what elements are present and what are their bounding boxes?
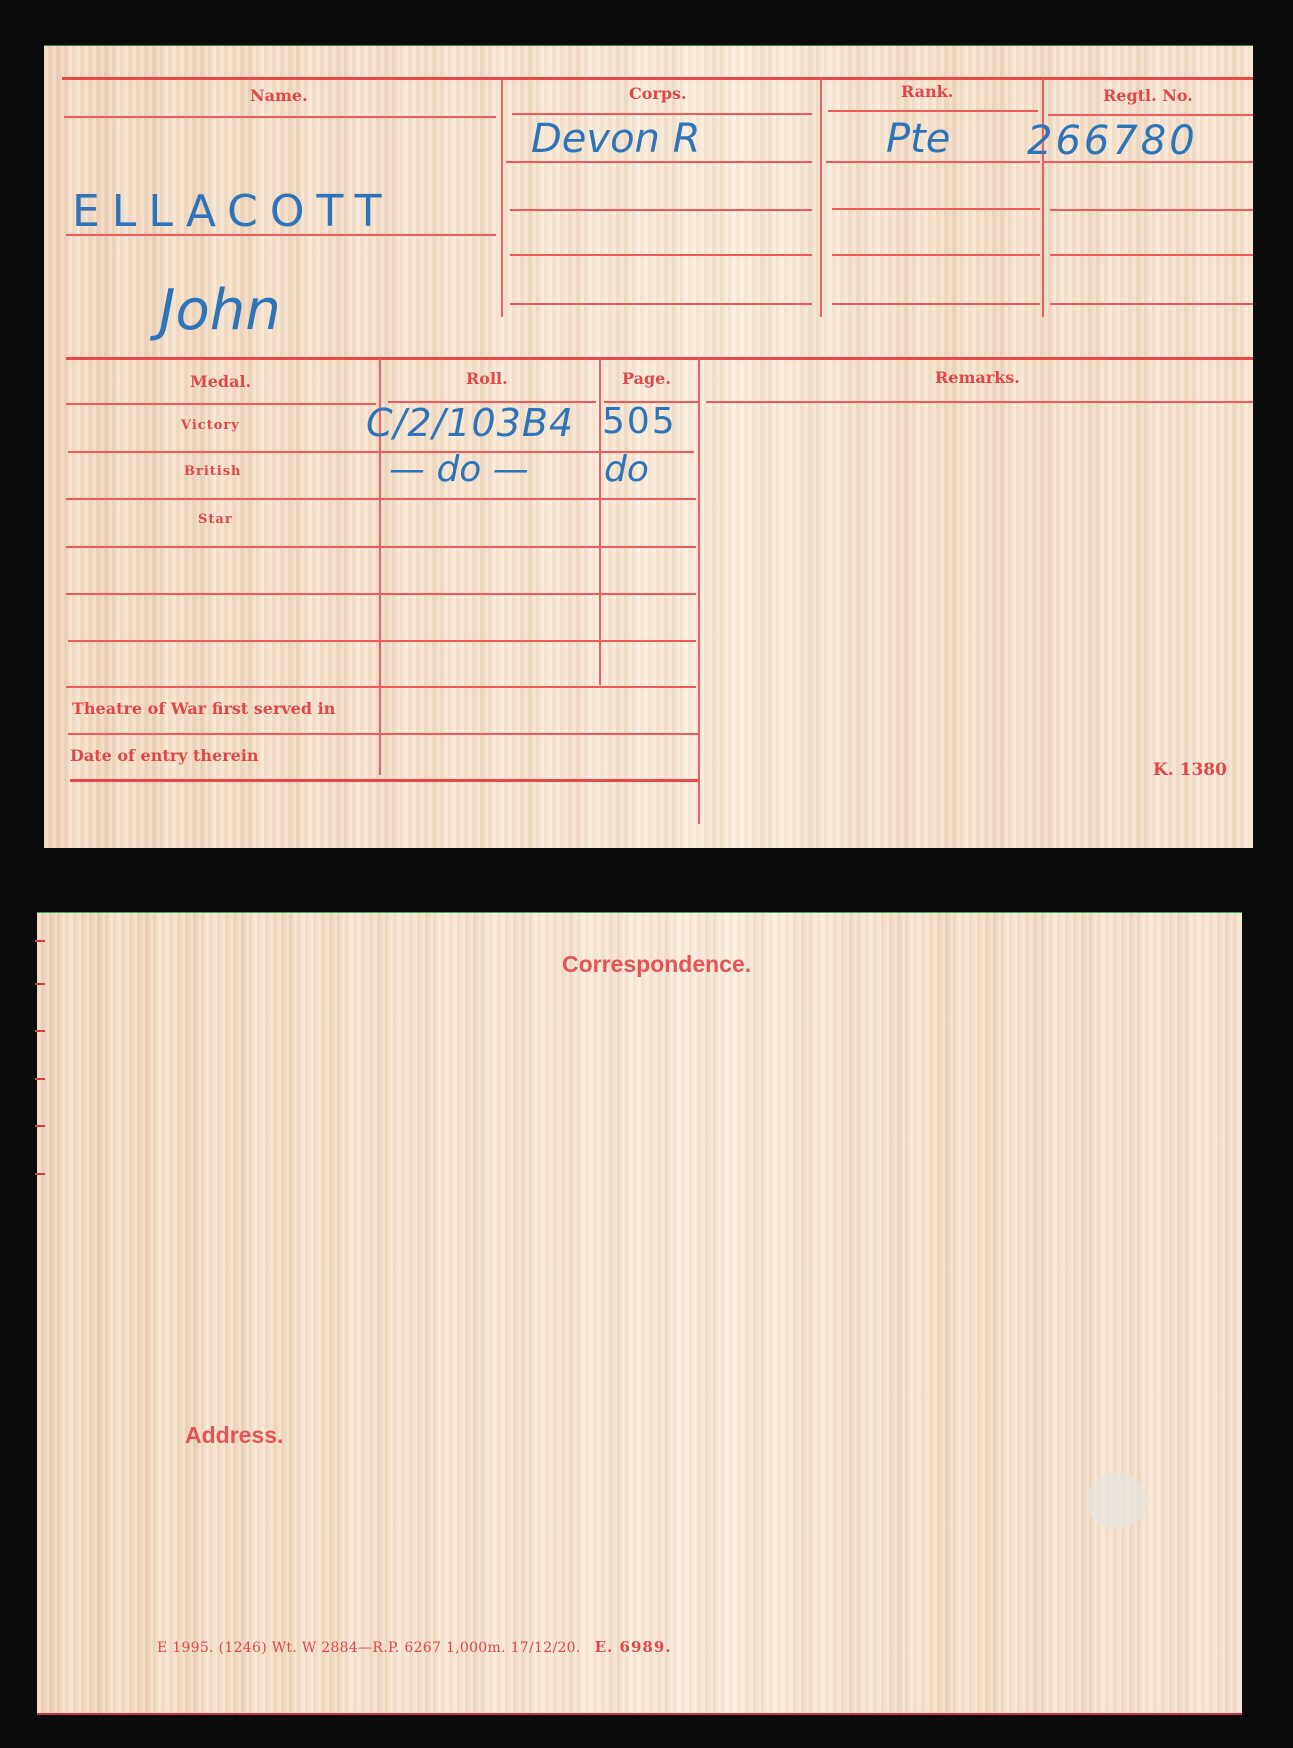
forename-handwritten: John <box>159 278 281 343</box>
address-label: Address. <box>185 1422 283 1449</box>
regtl-left-divider <box>1042 79 1044 317</box>
corps-handwritten: Devon R <box>531 116 700 162</box>
medal-header: Medal. <box>190 372 251 391</box>
corps-header-rule <box>512 113 812 115</box>
edge-tick <box>35 1173 45 1175</box>
regtl-header-rule <box>1048 114 1253 116</box>
empty-row-rule-3 <box>66 686 696 688</box>
rank-rule-1 <box>826 161 1040 163</box>
rank-rule-2 <box>832 208 1040 210</box>
edge-tick <box>35 940 45 942</box>
star-row-rule <box>66 546 696 548</box>
rank-header: Rank. <box>901 82 953 101</box>
remarks-left-divider <box>698 359 700 824</box>
regtl-no-header: Regtl. No. <box>1103 86 1193 105</box>
page-left-divider <box>599 359 601 685</box>
corps-rule-4 <box>510 303 812 305</box>
victory-roll-handwritten: C/2/103B4 <box>366 401 574 445</box>
medal-header-rule <box>66 403 376 405</box>
medal-row-british-label: British <box>184 464 242 479</box>
corps-rule-1 <box>506 161 812 163</box>
remarks-header-rule <box>706 401 1253 403</box>
rank-rule-4 <box>832 303 1040 305</box>
medal-row-victory-label: Victory <box>181 418 240 433</box>
british-page-handwritten: do <box>604 449 649 490</box>
regtl-rule-2 <box>1050 209 1253 211</box>
print-info: E 1995. (1246) Wt. W 2884—R.P. 6267 1,00… <box>157 1640 581 1656</box>
rank-left-divider <box>820 79 822 317</box>
empty-row-rule-1 <box>66 593 696 595</box>
corps-rule-3 <box>510 254 812 256</box>
edge-tick <box>35 1125 45 1127</box>
front-form-code: K. 1380 <box>1153 760 1227 780</box>
theatre-row-rule <box>68 733 698 735</box>
rank-header-rule <box>828 110 1038 112</box>
corps-left-divider <box>501 79 503 317</box>
british-row-rule <box>66 498 696 500</box>
corps-header: Corps. <box>629 84 687 103</box>
theatre-of-war-label: Theatre of War first served in <box>72 699 335 718</box>
medal-index-card-front: Name. ELLACOTT John Corps. Rank. Regtl. … <box>44 45 1253 848</box>
name-header-rule <box>64 116 496 118</box>
edge-tick <box>35 1030 45 1032</box>
print-footer: E 1995. (1246) Wt. W 2884—R.P. 6267 1,00… <box>157 1638 671 1657</box>
back-form-code: E. 6989. <box>595 1638 672 1656</box>
date-row-rule <box>70 779 698 782</box>
rank-rule-3 <box>832 254 1040 256</box>
victory-page-handwritten: 505 <box>602 401 677 442</box>
victory-row-rule <box>68 451 694 453</box>
paper-stain <box>1087 1473 1147 1529</box>
remarks-header: Remarks. <box>935 368 1020 387</box>
surname-rule <box>66 234 496 236</box>
correspondence-title: Correspondence. <box>562 951 751 978</box>
corps-rule-2 <box>510 209 812 211</box>
name-header: Name. <box>250 86 308 105</box>
regtl-rule-4 <box>1050 303 1253 305</box>
section-divider-rule <box>66 357 1253 360</box>
empty-row-rule-2 <box>68 640 696 642</box>
rank-handwritten: Pte <box>886 116 950 162</box>
date-of-entry-label: Date of entry therein <box>70 746 259 765</box>
edge-tick <box>35 1078 45 1080</box>
regtl-rule-1 <box>1044 161 1253 163</box>
medal-index-card-back: Correspondence. Address. E 1995. (1246) … <box>37 912 1242 1715</box>
regtl-no-handwritten: 266780 <box>1027 118 1198 164</box>
roll-header: Roll. <box>466 369 508 388</box>
british-roll-handwritten: — do — <box>389 449 529 490</box>
medal-row-star-label: Star <box>198 512 233 527</box>
surname-handwritten: ELLACOTT <box>72 186 394 237</box>
edge-tick <box>35 983 45 985</box>
top-rule <box>62 77 1253 80</box>
page-header: Page. <box>622 369 671 388</box>
regtl-rule-3 <box>1050 254 1253 256</box>
